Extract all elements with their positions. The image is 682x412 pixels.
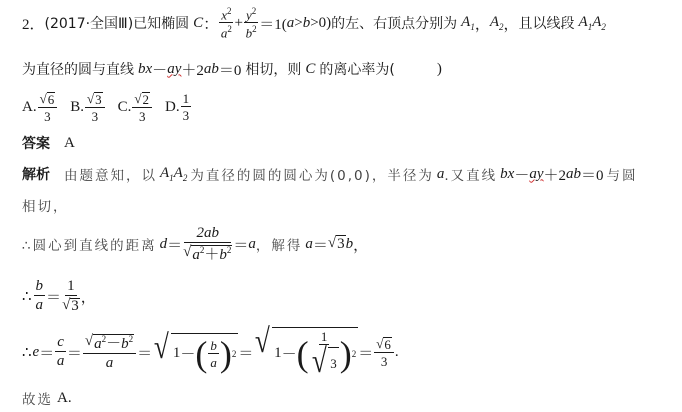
choice-fraction: √3 3 bbox=[85, 92, 105, 123]
fraction-c-a: c a bbox=[55, 335, 66, 369]
conclusion-value: A. bbox=[57, 390, 72, 407]
analysis-text-4: 与圆 bbox=[607, 164, 638, 184]
choice-c[interactable]: C. √2 3 bbox=[118, 92, 153, 123]
var-a: a bbox=[437, 166, 445, 183]
comma: ， bbox=[504, 13, 519, 34]
equals: ＝ bbox=[233, 234, 248, 255]
sqrt-icon: √ bbox=[134, 92, 141, 106]
fraction-sqrt6-3: √6 3 bbox=[374, 337, 394, 368]
analysis-text-3: .又直线 bbox=[444, 164, 497, 184]
sqrt-icon: √ bbox=[154, 333, 169, 372]
choice-fraction: √2 3 bbox=[132, 92, 152, 123]
minus-sign: － bbox=[152, 59, 167, 80]
vertex-a1: A1 bbox=[461, 14, 475, 32]
choice-label: C. bbox=[118, 99, 132, 116]
distance-fraction: 2ab √a2＋b2 bbox=[183, 226, 232, 263]
var-a: a bbox=[248, 236, 256, 253]
line-plus-2: ＋2 bbox=[181, 59, 204, 80]
equals: ＝ bbox=[238, 342, 253, 363]
sqrt-1-minus-inv-sqrt3-squared: √ 1－ ( 1√3 )2 bbox=[253, 327, 358, 378]
equals: ＝ bbox=[67, 342, 82, 363]
equals: ＝ bbox=[167, 234, 182, 255]
cond-b: b bbox=[303, 15, 311, 32]
ratio-b-a: b a bbox=[34, 279, 46, 313]
fraction-y2-b2: y2 b2 bbox=[244, 7, 258, 40]
choice-label: D. bbox=[165, 99, 180, 116]
equals: ＝ bbox=[46, 286, 61, 307]
analysis-line-1: 解析 由题意知，以 A1A2 为直径的圆的圆心为(0,0)，半径为 a .又直线… bbox=[22, 164, 638, 184]
conclusion-line: 故选 A. bbox=[22, 388, 72, 408]
question-line-2: 为直径的圆与直线 bx － ay ＋2 ab ＝0 相切，则 C 的离心率为( … bbox=[22, 58, 442, 80]
segment-a1a2: A1A2 bbox=[160, 165, 187, 183]
step-distance: ∴圆心到直线的距离 d ＝ 2ab √a2＋b2 ＝ a ，解得 a ＝ √3 … bbox=[22, 222, 368, 266]
equation-rhs: ＝1( bbox=[259, 13, 287, 34]
analysis-text-2: 为直径的圆的圆心为(0,0)，半径为 bbox=[190, 164, 434, 184]
equals: ＝ bbox=[358, 342, 373, 363]
question-text-2: 且以线段 bbox=[519, 13, 575, 33]
colon: ： bbox=[203, 13, 218, 34]
choices-row: A. √6 3 B. √3 3 C. √2 3 D. 1 3 bbox=[22, 88, 204, 126]
line-bx: bx bbox=[138, 61, 152, 78]
choice-d[interactable]: D. 1 3 bbox=[165, 92, 192, 122]
solve-text: ，解得 bbox=[256, 234, 303, 254]
cond-a: a bbox=[287, 15, 295, 32]
fraction-sqrt-a2-b2-over-a: √a2－b2 a bbox=[83, 334, 136, 371]
line-ab: ab bbox=[566, 166, 581, 183]
question-text-5: 的离心率为( bbox=[319, 59, 394, 79]
sqrt-1-minus-ba-squared: √ 1－ ( ba )2 bbox=[152, 333, 238, 372]
question-source: (2017·全国Ⅲ) bbox=[45, 13, 134, 33]
step-eccentricity: ∴ e ＝ c a ＝ √a2－b2 a ＝ √ 1－ ( ba )2 ＝ √ … bbox=[22, 326, 399, 378]
step-ratio: ∴ b a ＝ 1 √3 ， bbox=[22, 276, 96, 316]
sqrt-icon: √ bbox=[183, 245, 191, 263]
sqrt-icon: √ bbox=[87, 92, 94, 106]
answer-value: A bbox=[64, 135, 75, 152]
conclusion-text: 故选 bbox=[22, 388, 53, 408]
curve-name: C bbox=[193, 15, 203, 32]
var-b: b bbox=[346, 236, 354, 253]
vertex-a2: A2 bbox=[490, 14, 504, 32]
cond-gt: > bbox=[294, 15, 302, 32]
cond-gt0: >0) bbox=[310, 15, 331, 32]
choice-fraction: √6 3 bbox=[38, 92, 58, 123]
question-number: 2． bbox=[22, 13, 45, 34]
close-paren: ) bbox=[437, 61, 442, 78]
sqrt-icon: √ bbox=[376, 337, 383, 351]
period: . bbox=[395, 344, 399, 361]
curve-name: C bbox=[305, 61, 315, 78]
sqrt-icon: √ bbox=[40, 92, 47, 106]
plus-sign: + bbox=[234, 15, 242, 32]
line-bx: bx bbox=[500, 166, 514, 183]
comma: ， bbox=[353, 234, 368, 255]
var-d: d bbox=[160, 236, 168, 253]
choice-label: A. bbox=[22, 99, 37, 116]
sqrt-icon: √ bbox=[85, 334, 93, 352]
equals: ＝ bbox=[313, 234, 328, 255]
line-plus-2: ＋2 bbox=[544, 164, 567, 185]
analysis-label: 解析 bbox=[22, 164, 50, 184]
question-intro: 已知椭圆 bbox=[133, 13, 189, 33]
answer-label: 答案 bbox=[22, 133, 50, 153]
equals: ＝ bbox=[137, 342, 152, 363]
choice-b[interactable]: B. √3 3 bbox=[70, 92, 105, 123]
sqrt-3: √3 bbox=[328, 235, 346, 253]
segment-a1a2: A1A2 bbox=[579, 14, 606, 32]
choice-fraction: 1 3 bbox=[181, 92, 192, 122]
analysis-text-5: 相切， bbox=[22, 195, 69, 215]
choice-label: B. bbox=[70, 99, 84, 116]
sqrt-icon: √ bbox=[62, 298, 70, 314]
therefore-icon: ∴ bbox=[22, 343, 32, 362]
question-text-4: 相切，则 bbox=[245, 59, 301, 79]
question-text-3: 为直径的圆与直线 bbox=[22, 59, 134, 79]
comma: ， bbox=[475, 13, 490, 34]
question-line-1: 2． (2017·全国Ⅲ) 已知椭圆 C ： x2 a2 + y2 b2 ＝1(… bbox=[22, 8, 606, 38]
fraction-x2-a2: x2 a2 bbox=[219, 7, 233, 40]
line-ay: ay bbox=[167, 61, 181, 78]
minus-sign: － bbox=[514, 164, 529, 185]
sqrt-icon: √ bbox=[255, 327, 270, 378]
analysis-line-2: 相切， bbox=[22, 195, 69, 215]
answer-line: 答案 A bbox=[22, 133, 75, 153]
ratio-1-sqrt3: 1 √3 bbox=[62, 279, 80, 314]
var-e: e bbox=[33, 344, 40, 361]
therefore-icon: ∴ bbox=[22, 287, 32, 306]
line-eq-0: ＝0 bbox=[219, 59, 242, 80]
line-ay: ay bbox=[529, 166, 543, 183]
line-eq-0: ＝0 bbox=[581, 164, 604, 185]
equals: ＝ bbox=[39, 342, 54, 363]
line-ab: ab bbox=[204, 61, 219, 78]
sqrt-icon: √ bbox=[328, 235, 336, 253]
question-text-1: 的左、右顶点分别为 bbox=[331, 13, 457, 33]
step1-prefix: ∴圆心到直线的距离 bbox=[22, 234, 157, 254]
choice-a[interactable]: A. √6 3 bbox=[22, 92, 58, 123]
var-a: a bbox=[305, 236, 313, 253]
analysis-text-1: 由题意知，以 bbox=[64, 164, 157, 184]
comma: ， bbox=[81, 286, 96, 307]
